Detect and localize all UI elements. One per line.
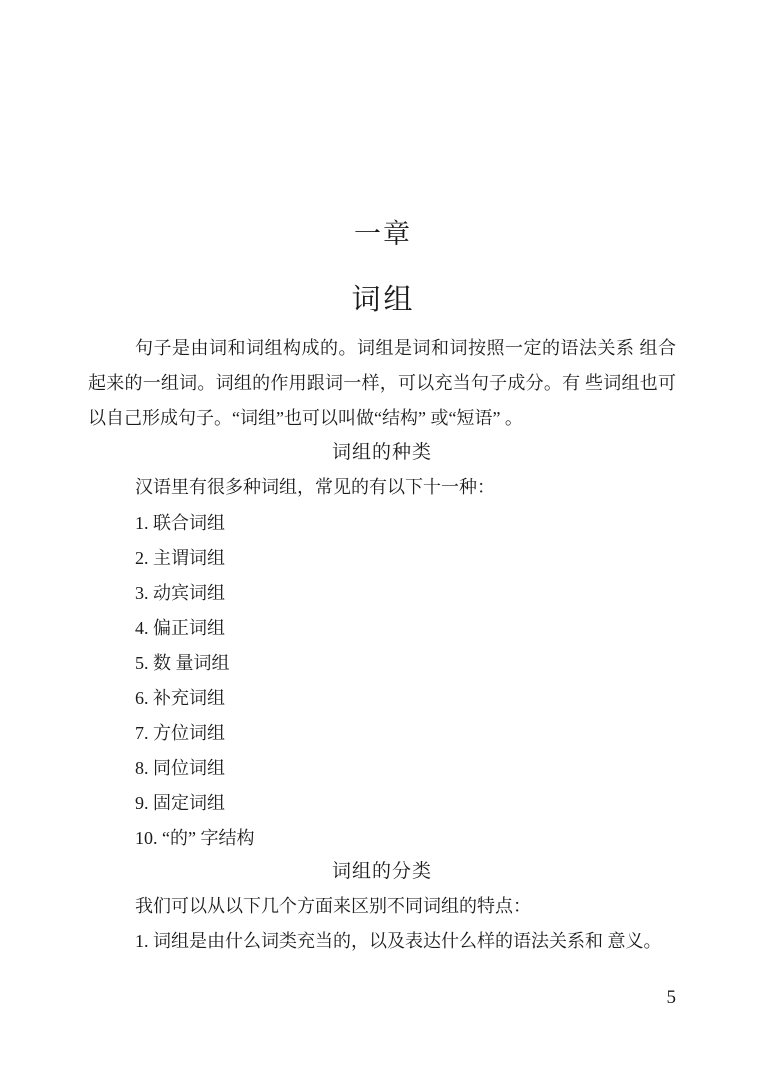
- phrase-type-item: 2. 主谓词组: [135, 541, 254, 576]
- phrase-type-list: 1. 联合词组 2. 主谓词组 3. 动宾词组 4. 偏正词组 5. 数 量词组…: [135, 506, 254, 856]
- chapter-heading: 一章: [88, 218, 676, 250]
- phrase-type-item: 6. 补充词组: [135, 681, 254, 716]
- phrase-type-item: 10. “的” 字结构: [135, 821, 254, 856]
- phrase-type-item: 4. 偏正词组: [135, 611, 254, 646]
- section-heading-classification: 词组的分类: [88, 858, 676, 885]
- phrase-type-item: 3. 动宾词组: [135, 576, 254, 611]
- page: 一章 词组 句子是由词和词组构成的。词组是词和词按照一定的语法关系 组合 起来的…: [0, 0, 764, 1080]
- phrase-type-item: 7. 方位词组: [135, 716, 254, 751]
- phrase-type-item: 8. 同位词组: [135, 751, 254, 786]
- paragraph-line: 以自己形成句子。“词组”也可以叫做“结构” 或“短语” 。: [88, 401, 676, 436]
- section-heading-types: 词组的种类: [88, 439, 676, 466]
- page-number: 5: [646, 986, 676, 1010]
- section-lead-types: 汉语里有很多种词组，常见的有以下十一种：: [135, 474, 495, 501]
- intro-paragraph: 句子是由词和词组构成的。词组是词和词按照一定的语法关系 组合 起来的一组词。词组…: [88, 331, 676, 436]
- section-lead-classification: 我们可以从以下几个方面来区别不同词组的特点：: [135, 893, 531, 920]
- phrase-type-item: 5. 数 量词组: [135, 646, 254, 681]
- phrase-type-item: 9. 固定词组: [135, 786, 254, 821]
- paragraph-line: 起来的一组词。词组的作用跟词一样，可以充当句子成分。有 些词组也可: [88, 366, 676, 401]
- classification-point: 1. 词组是由什么词类充当的，以及表达什么样的语法关系和 意义。: [135, 928, 662, 955]
- document-title: 词组: [88, 283, 676, 317]
- paragraph-line: 句子是由词和词组构成的。词组是词和词按照一定的语法关系 组合: [88, 331, 676, 366]
- phrase-type-item: 1. 联合词组: [135, 506, 254, 541]
